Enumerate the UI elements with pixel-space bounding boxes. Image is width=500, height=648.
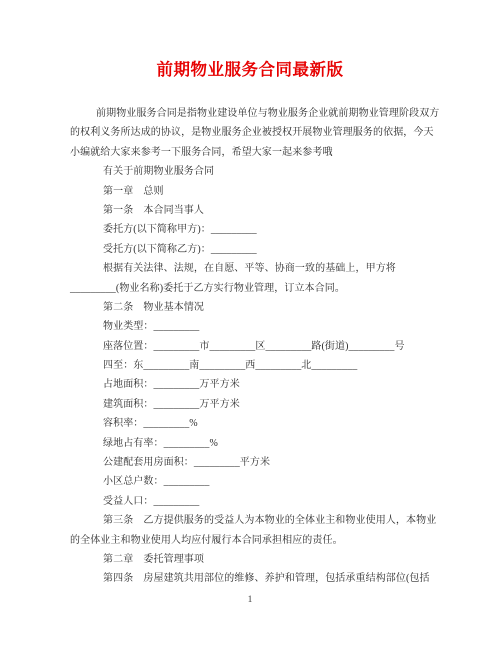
form-field-line: 小区总户数：_________ — [70, 472, 440, 491]
article-heading: 第四条 房屋建筑共用部位的维修、养护和管理，包括承重结构部位(包括 — [70, 569, 440, 588]
form-field-line: 座落位置：_________市_________区_________路(街道)_… — [70, 337, 440, 356]
body-text-line: 的全体业主和物业使用人均应付履行本合同承担相应的责任。 — [70, 531, 440, 550]
form-field-line: 建筑面积：_________万平方米 — [70, 395, 440, 414]
intro-paragraph-line: 前期物业服务合同是指物业建设单位与物业服务企业就前期物业管理阶段双方 — [70, 104, 440, 123]
chapter-heading: 第二章 委托管理事项 — [70, 550, 440, 569]
page-title: 前期物业服务合同最新版 — [0, 0, 500, 82]
article-heading: 第一条 本合同当事人 — [70, 201, 440, 220]
document-body: 前期物业服务合同是指物业建设单位与物业服务企业就前期物业管理阶段双方 的权利义务… — [0, 104, 500, 589]
form-field-line: 容积率：_________% — [70, 414, 440, 433]
chapter-heading: 第一章 总则 — [70, 182, 440, 201]
doc-subtitle-line: 有关于前期物业服务合同 — [70, 162, 440, 181]
form-field-line: 受益人口：_________ — [70, 492, 440, 511]
form-field-line: 物业类型：_________ — [70, 317, 440, 336]
form-field-line: 委托方(以下简称甲方)：_________ — [70, 220, 440, 239]
article-heading: 第三条 乙方提供服务的受益人为本物业的全体业主和物业使用人，本物业 — [70, 511, 440, 530]
article-heading: 第二条 物业基本情况 — [70, 298, 440, 317]
document-page: 前期物业服务合同最新版 前期物业服务合同是指物业建设单位与物业服务企业就前期物业… — [0, 0, 500, 648]
form-field-line: 受托方(以下简称乙方)：_________ — [70, 240, 440, 259]
body-text-line: 根据有关法律、法规，在自愿、平等、协商一致的基础上，甲方将 — [70, 259, 440, 278]
page-number: 1 — [0, 595, 500, 605]
intro-paragraph-line: 小编就给大家来参考一下服务合同，希望大家一起来参考哦 — [70, 143, 440, 162]
form-field-line: 占地面积：_________万平方米 — [70, 375, 440, 394]
form-field-line: 四至：东_________南_________西_________北______… — [70, 356, 440, 375]
form-field-line: 公建配套用房面积：_________平方米 — [70, 453, 440, 472]
intro-paragraph-line: 的权利义务所达成的协议，是物业服务企业被授权开展物业管理服务的依据，今天 — [70, 123, 440, 142]
form-field-line: 绿地占有率：_________% — [70, 434, 440, 453]
body-text-line: _________(物业名称)委托于乙方实行物业管理，订立本合同。 — [70, 279, 440, 298]
